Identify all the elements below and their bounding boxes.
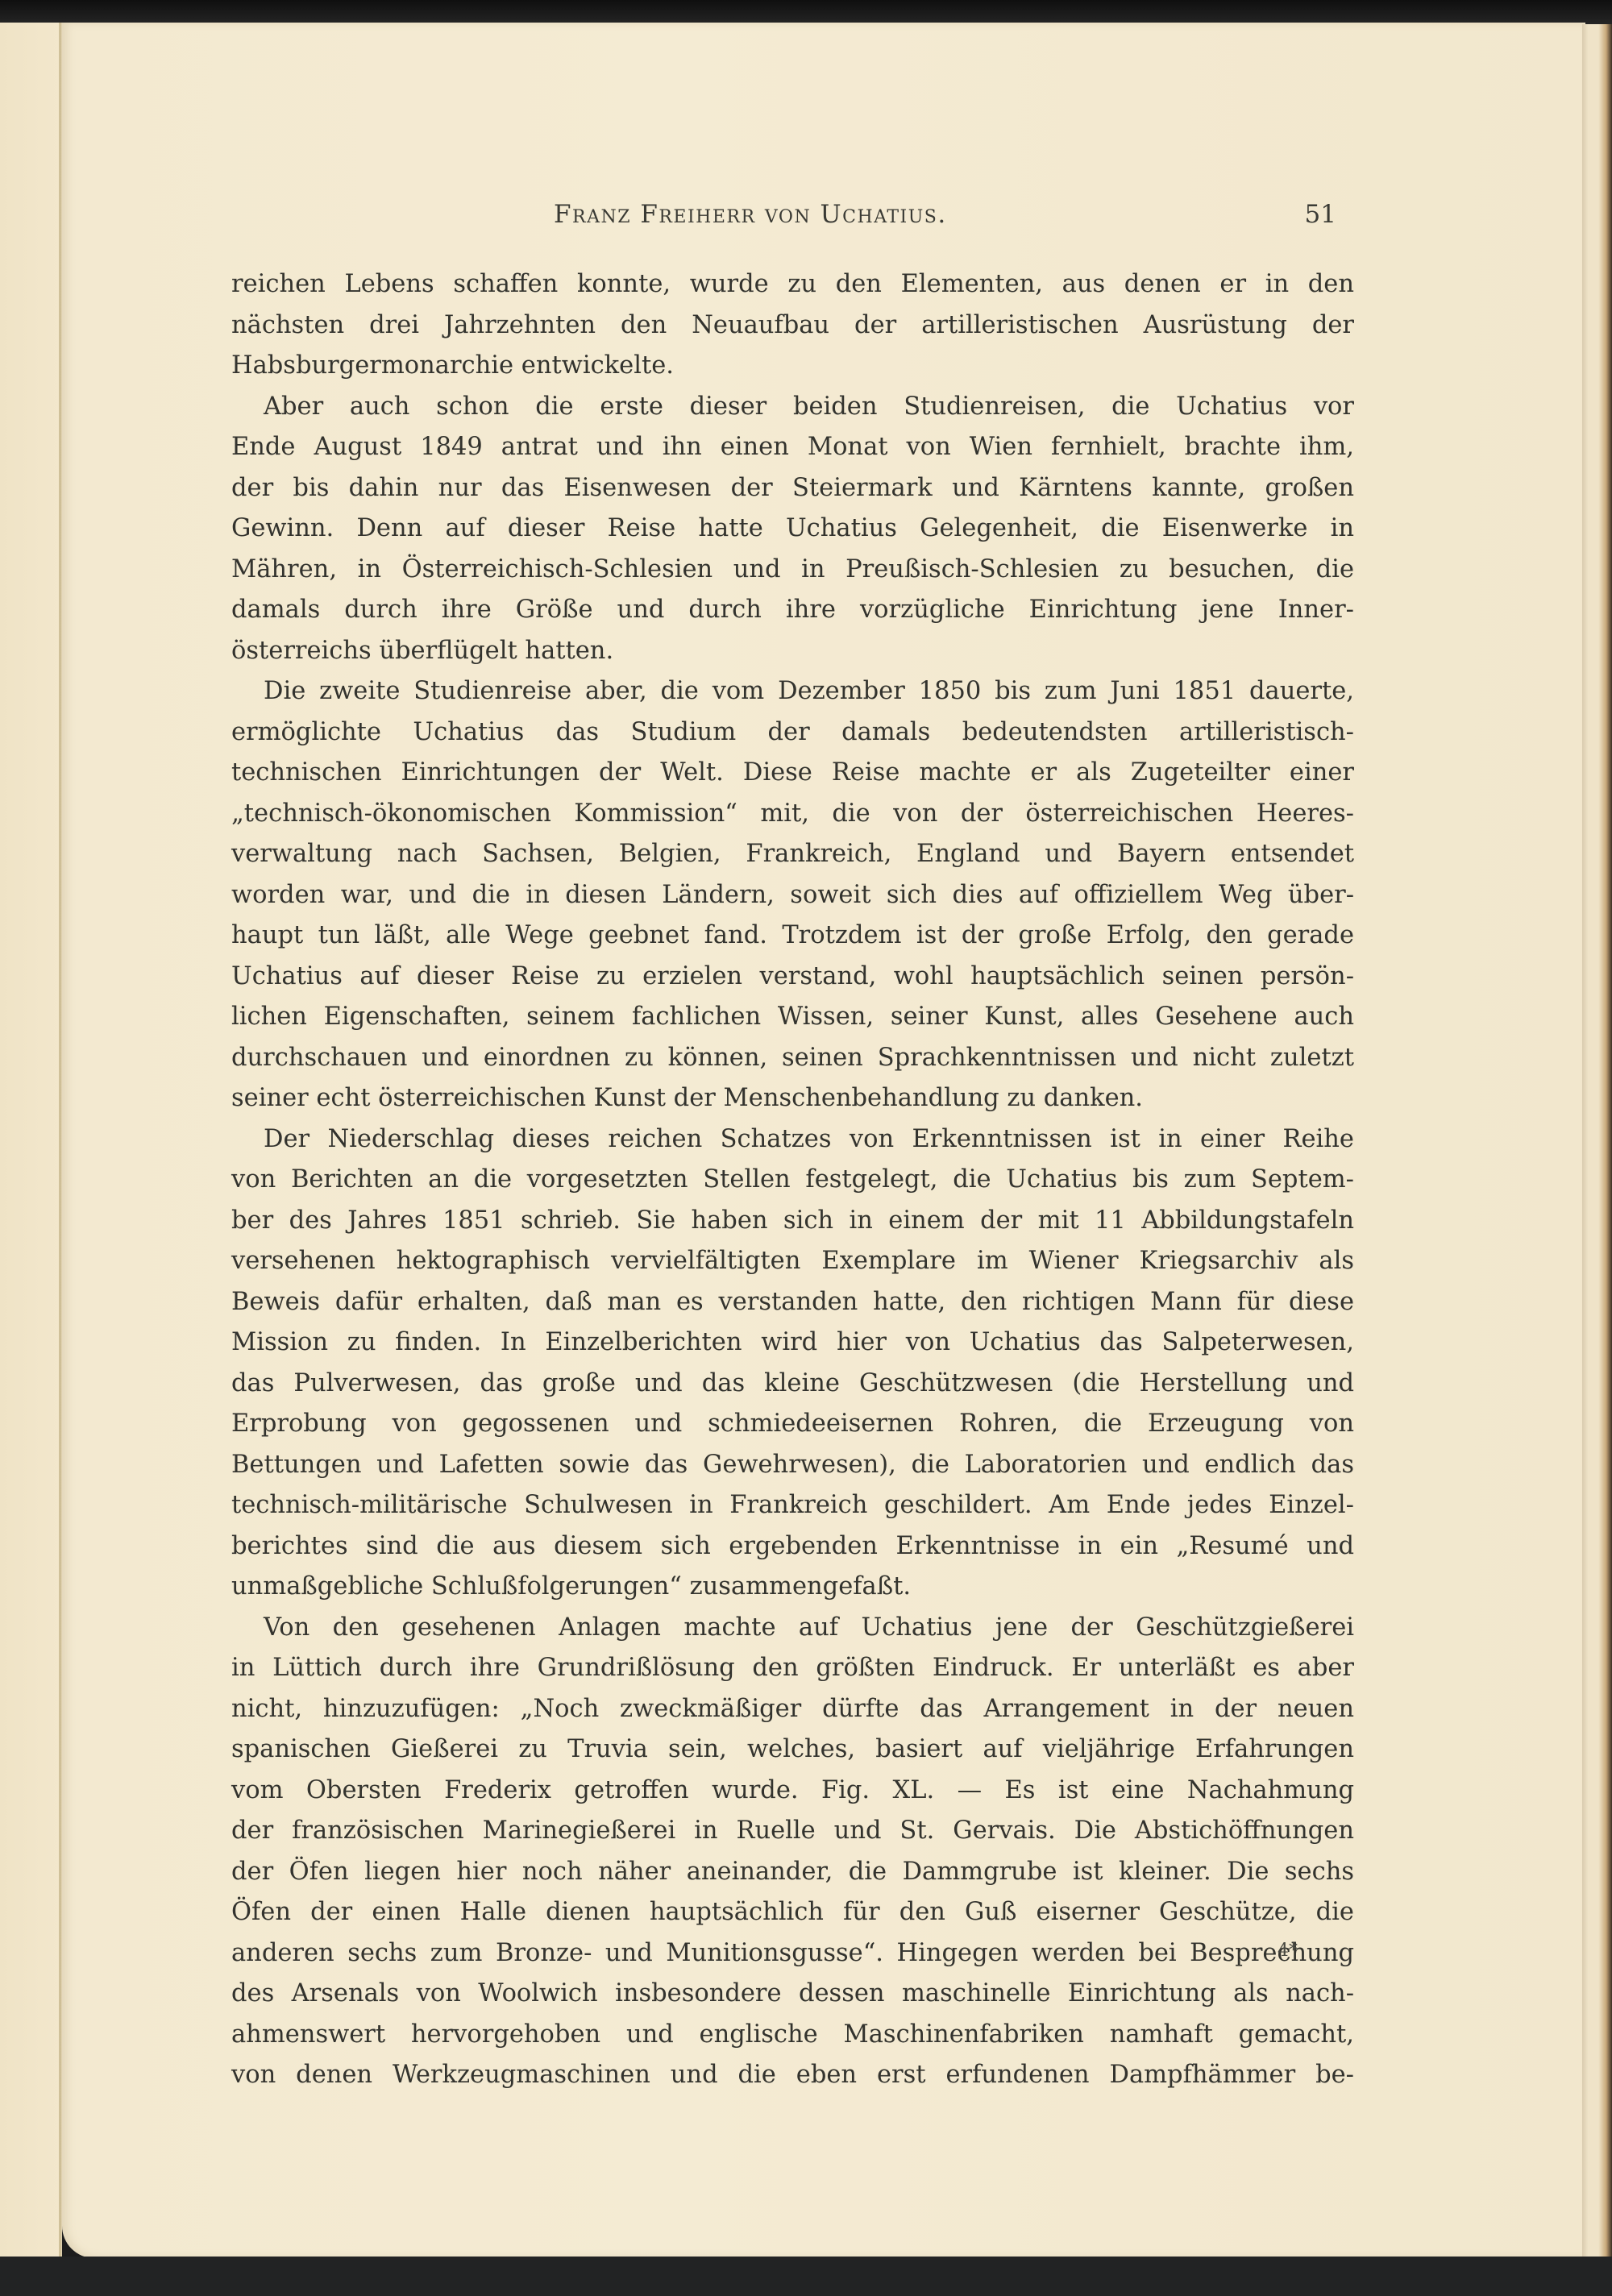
text-line: ber des Jahres 1851 schrieb. Sie haben s… <box>231 1201 1354 1242</box>
text-line: technisch-militärische Schulwesen in Fra… <box>231 1485 1354 1526</box>
text-line: von denen Werkzeugmaschinen und die eben… <box>231 2055 1354 2096</box>
body-text: reichen Lebens schaffen konnte, wurde zu… <box>231 264 1354 2096</box>
text-line: verwaltung nach Sachsen, Belgien, Frankr… <box>231 834 1354 875</box>
text-line: Bettungen und Lafetten sowie das Gewehrw… <box>231 1445 1354 1486</box>
text-line: haupt tun läßt, alle Wege geebnet fand. … <box>231 915 1354 957</box>
text-line: Der Niederschlag dieses reichen Schatzes… <box>231 1119 1354 1160</box>
text-line: Gewinn. Denn auf dieser Reise hatte Ucha… <box>231 509 1354 550</box>
text-line: Die zweite Studienreise aber, die vom De… <box>231 671 1354 712</box>
text-line: von Berichten an die vorgesetzten Stelle… <box>231 1160 1354 1201</box>
text-line: Mähren, in Österreichisch-Schlesien und … <box>231 550 1354 591</box>
text-line: nicht, hinzuzufügen: „Noch zweckmäßiger … <box>231 1689 1354 1730</box>
text-line: Ende August 1849 antrat und ihn einen Mo… <box>231 427 1354 468</box>
text-line: „technisch-ökonomischen Kommission“ mit,… <box>231 794 1354 835</box>
book-spine <box>59 23 62 2263</box>
text-line: Beweis dafür erhalten, daß man es versta… <box>231 1282 1354 1323</box>
text-line: Öfen der einen Halle dienen hauptsächlic… <box>231 1892 1354 1933</box>
scan-border-bottom <box>0 2257 1612 2296</box>
page-number: 51 <box>1305 200 1336 229</box>
text-line: der Öfen liegen hier noch näher aneinand… <box>231 1852 1354 1893</box>
text-line: in Lüttich durch ihre Grundrißlösung den… <box>231 1648 1354 1689</box>
text-line: der bis dahin nur das Eisenwesen der Ste… <box>231 468 1354 509</box>
text-line: worden war, und die in diesen Ländern, s… <box>231 875 1354 916</box>
text-line: Von den gesehenen Anlagen machte auf Uch… <box>231 1608 1354 1649</box>
text-line: lichen Eigenschaften, seinem fachlichen … <box>231 997 1354 1038</box>
text-line: das Pulverwesen, das große und das klein… <box>231 1364 1354 1405</box>
text-line: Uchatius auf dieser Reise zu erzielen ve… <box>231 957 1354 998</box>
text-line: der französischen Marinegießerei in Ruel… <box>231 1811 1354 1852</box>
text-line: Erprobung von gegossenen und schmiedeeis… <box>231 1404 1354 1445</box>
text-line: versehenen hektographisch vervielfältigt… <box>231 1241 1354 1282</box>
text-line: durchschauen und einordnen zu können, se… <box>231 1038 1354 1079</box>
page-stack-edge <box>1582 24 1612 2257</box>
running-title: Franz Freiherr von Uchatius. <box>554 200 947 229</box>
text-line: unmaßgebliche Schlußfolgerungen“ zusamme… <box>231 1567 1354 1608</box>
text-line: ahmenswert hervorgehoben und englische M… <box>231 2015 1354 2056</box>
text-line: spanischen Gießerei zu Truvia sein, welc… <box>231 1729 1354 1771</box>
text-line: österreichs überflügelt hatten. <box>231 631 1354 672</box>
text-line: ermöglichte Uchatius das Studium der dam… <box>231 712 1354 754</box>
text-line: anderen sechs zum Bronze- und Munitionsg… <box>231 1933 1354 1974</box>
page-header: Franz Freiherr von Uchatius. 51 <box>231 200 1354 232</box>
text-line: Mission zu finden. In Einzelberichten wi… <box>231 1322 1354 1364</box>
text-line: seiner echt österreichischen Kunst der M… <box>231 1078 1354 1119</box>
text-line: des Arsenals von Woolwich insbesondere d… <box>231 1974 1354 2015</box>
text-line: Habsburgermonarchie entwickelte. <box>231 346 1354 387</box>
text-line: vom Obersten Frederix getroffen wurde. F… <box>231 1771 1354 1812</box>
left-page-edge <box>0 23 61 2263</box>
text-line: berichtes sind die aus diesem sich ergeb… <box>231 1526 1354 1567</box>
text-line: nächsten drei Jahrzehnten den Neuaufbau … <box>231 305 1354 347</box>
text-line: reichen Lebens schaffen konnte, wurde zu… <box>231 264 1354 305</box>
signature-mark: 4* <box>1278 1941 1298 1961</box>
text-line: Aber auch schon die erste dieser beiden … <box>231 387 1354 428</box>
text-line: technischen Einrichtungen der Welt. Dies… <box>231 753 1354 794</box>
text-line: damals durch ihre Größe und durch ihre v… <box>231 590 1354 631</box>
